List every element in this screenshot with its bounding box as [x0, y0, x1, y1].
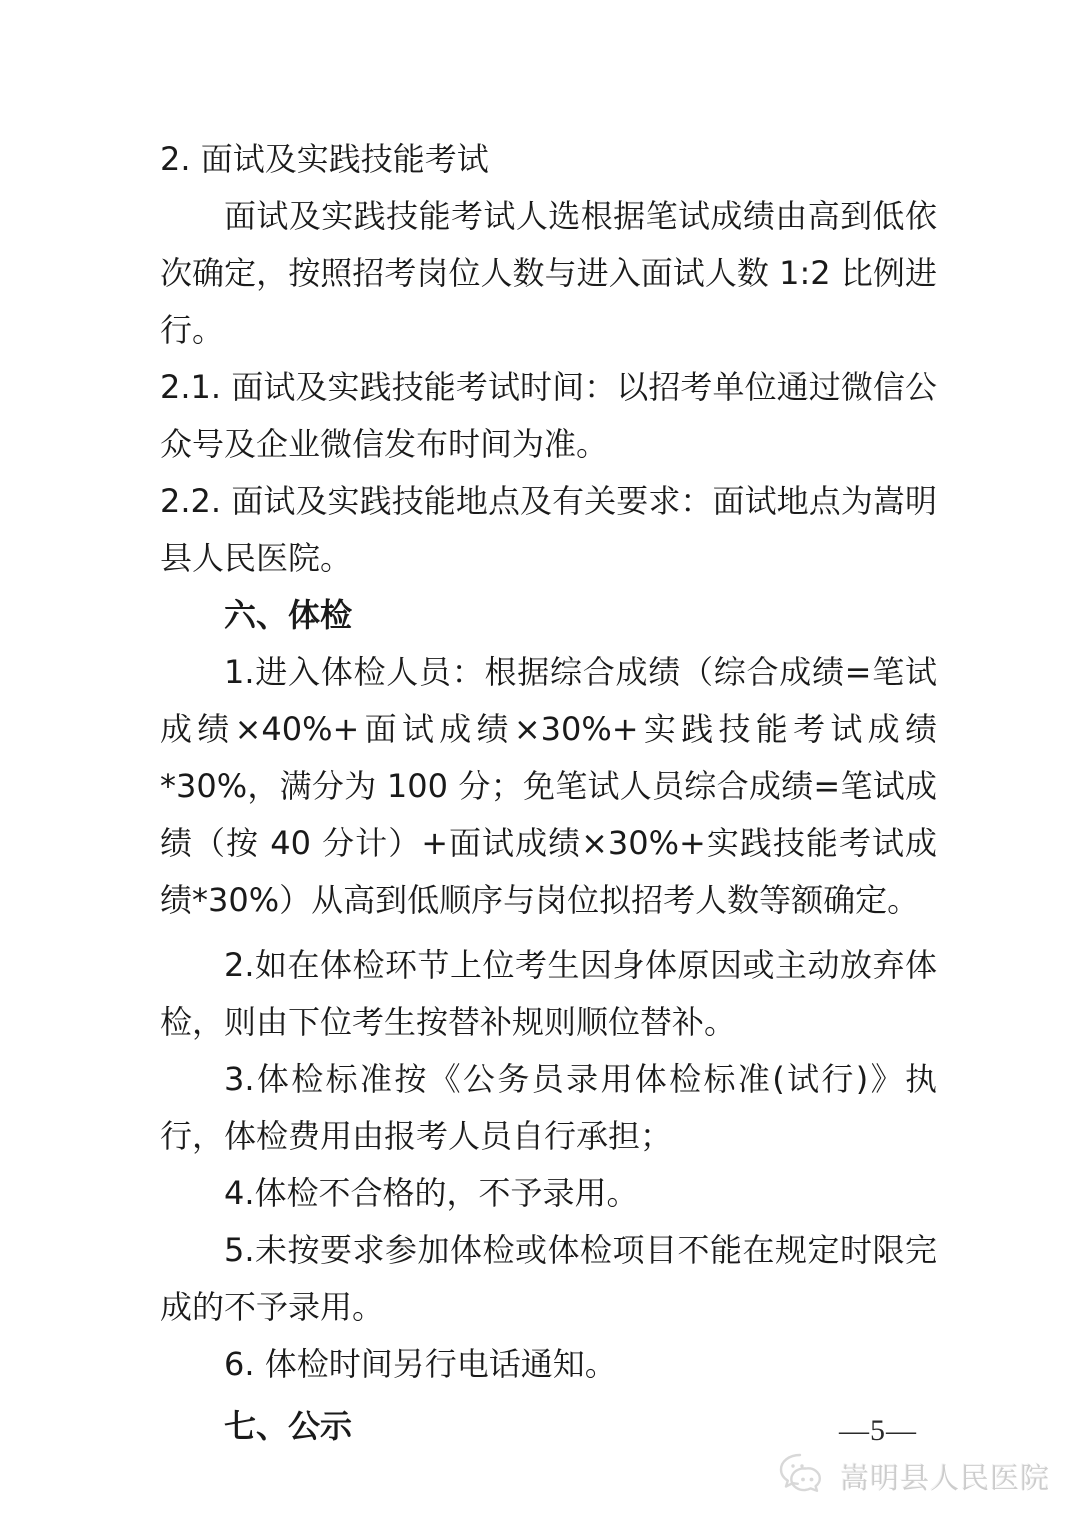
para-exam-fail: 4.体检不合格的，不予录用。: [160, 1165, 937, 1222]
document-page: 2. 面试及实践技能考试 面试及实践技能考试人选根据笔试成绩由高到低依次确定，按…: [0, 0, 1080, 1527]
para-exam-replacement: 2.如在体检环节上位考生因身体原因或主动放弃体检，则由下位考生按替补规则顺位替补…: [160, 937, 937, 1051]
clause-2-2-interview-location: 2.2. 面试及实践技能地点及有关要求：面试地点为嵩明县人民医院。: [160, 473, 937, 587]
list-item-interview-exam: 2. 面试及实践技能考试: [160, 131, 937, 188]
official-account-watermark: 嵩明县人民医院: [778, 1452, 1050, 1500]
para-exam-entry-score: 1.进入体检人员：根据综合成绩（综合成绩=笔试成绩×40%+面试成绩×30%+实…: [160, 644, 937, 929]
footer-page-number: —5—: [839, 1413, 917, 1449]
wechat-icon: [778, 1452, 832, 1500]
document-body: 2. 面试及实践技能考试 面试及实践技能考试人选根据笔试成绩由高到低依次确定，按…: [160, 131, 937, 1455]
paragraph-interview-selection: 面试及实践技能考试人选根据笔试成绩由高到低依次确定，按照招考岗位人数与进入面试人…: [160, 188, 937, 359]
para-exam-absent: 5.未按要求参加体检或体检项目不能在规定时限完成的不予录用。: [160, 1222, 937, 1336]
section-heading-physical-exam: 六、体检: [160, 587, 937, 644]
watermark-text: 嵩明县人民医院: [840, 1456, 1050, 1497]
section-heading-publicity: 七、公示: [160, 1398, 937, 1455]
para-exam-notice: 6. 体检时间另行电话通知。: [160, 1336, 937, 1393]
clause-2-1-interview-time: 2.1. 面试及实践技能考试时间：以招考单位通过微信公众号及企业微信发布时间为准…: [160, 359, 937, 473]
para-exam-standard: 3.体检标准按《公务员录用体检标准(试行)》执行，体检费用由报考人员自行承担；: [160, 1051, 937, 1165]
